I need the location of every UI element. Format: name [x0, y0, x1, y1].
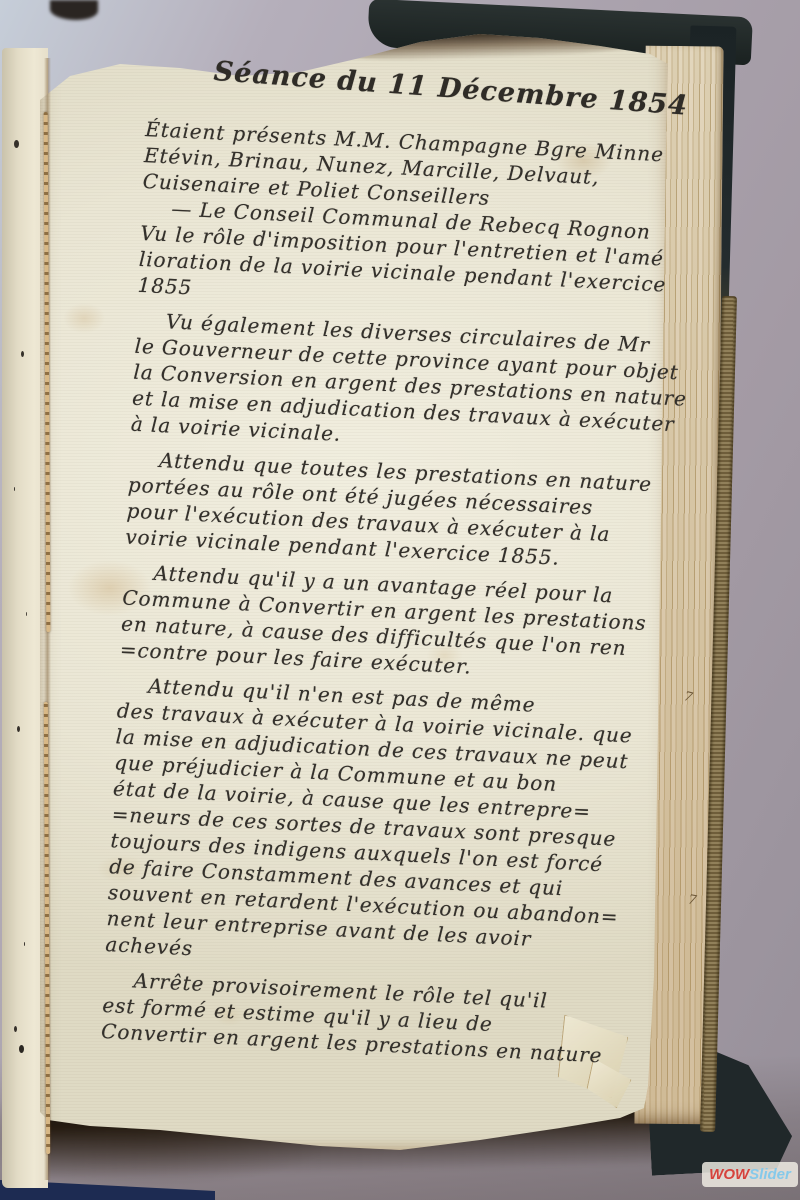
- watermark-brand-primary: WOW: [709, 1166, 749, 1183]
- watermark-brand-secondary: Slider: [749, 1166, 791, 1183]
- ink-specks: [14, 140, 19, 148]
- burnt-edge-mark: [50, 0, 98, 20]
- photo-of-manuscript: 7 7 Séance du 11 Décembre 1854 Étaient p…: [0, 0, 800, 1200]
- watermark-badge[interactable]: WOWSlider: [702, 1162, 798, 1187]
- manuscript-text: Étaient présents M.M. Champagne Bgre Min…: [101, 116, 676, 1070]
